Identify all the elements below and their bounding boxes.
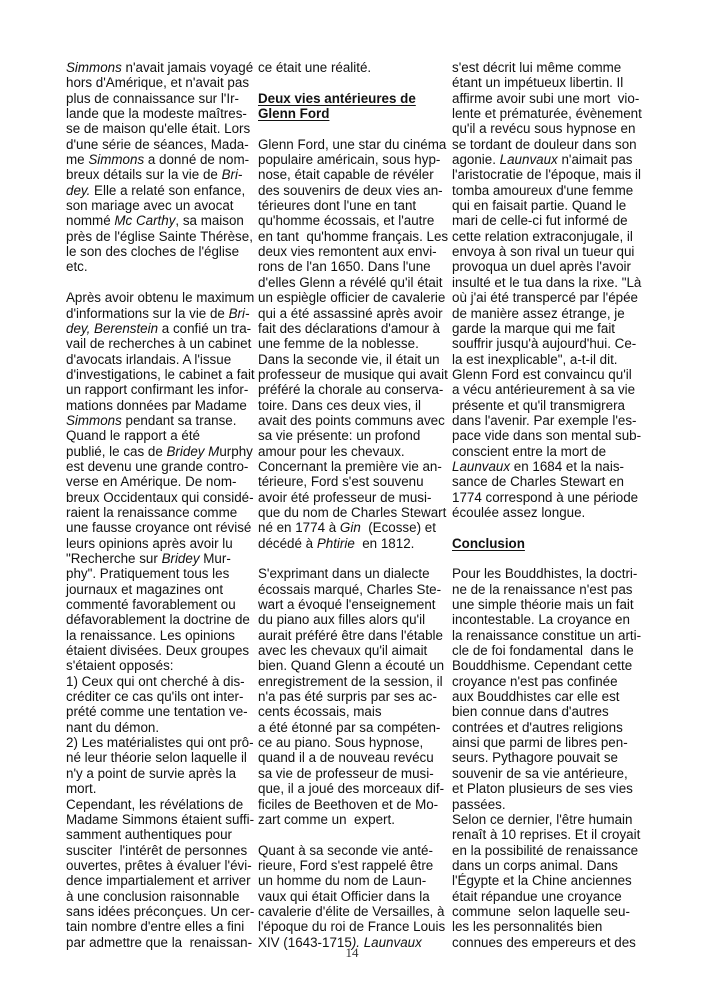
text-line: Après avoir obtenu le maximum — [66, 290, 256, 305]
text-segment: un homme du nom de Laun- — [258, 873, 426, 888]
paragraph-gap — [258, 551, 448, 566]
text-segment: leurs opinions après avoir lu — [66, 536, 233, 551]
text-segment: mort. — [66, 781, 97, 796]
text-line: ne de la renaissance n'est pas — [452, 582, 652, 597]
text-line: en tant qu'homme français. Les — [258, 229, 448, 244]
text-segment: à une conclusion raisonnable — [66, 889, 239, 904]
italic-text: Simmons — [88, 152, 144, 167]
text-segment: phy". Pratiquement tous les — [66, 566, 229, 581]
text-segment: journaux et magazines ont — [66, 582, 223, 597]
text-line: conscient entre la mort de — [452, 444, 652, 459]
text-segment: avoir été professeur de musi- — [258, 490, 431, 505]
text-segment: que, il a joué des morceaux dif- — [258, 781, 444, 796]
text-line: Dans la seconde vie, il était un — [258, 352, 448, 367]
text-line: cents écossais, mais — [258, 704, 448, 719]
text-line: Bouddhisme. Cependant cette — [452, 658, 652, 673]
text-segment: une simple théorie mais un fait — [452, 597, 634, 612]
text-line: Pour les Bouddhistes, la doctri- — [452, 566, 652, 581]
text-segment: 2) Les matérialistes qui ont prô- — [66, 735, 254, 750]
text-segment: du piano aux filles alors qu'il — [258, 612, 425, 627]
text-line: nose, était capable de révéler — [258, 167, 448, 182]
text-segment: le son des cloches de l'église — [66, 244, 239, 259]
text-line: sa vie de professeur de musi- — [258, 766, 448, 781]
text-segment: ouvertes, prêtes à évaluer l'évi- — [66, 858, 252, 873]
text-line: Quand le rapport a été — [66, 428, 256, 443]
text-line: breux détails sur la vie de Bri- — [66, 167, 256, 182]
text-segment: Deux vies antérieures de — [258, 91, 416, 106]
text-line: s'étaient opposés: — [66, 658, 256, 673]
text-segment: en la possibilité de renaissance — [452, 843, 638, 858]
italic-text: Bridey M — [167, 444, 220, 459]
text-segment: samment authentiques pour — [66, 827, 232, 842]
text-segment: l'époque du roi de France Louis — [258, 919, 445, 934]
text-line: créditer ce cas qu'ils ont inter- — [66, 689, 256, 704]
text-segment: n'aimait pas — [558, 152, 633, 167]
text-line: écossais marqué, Charles Ste- — [258, 582, 448, 597]
text-segment: 1774 correspond à une période — [452, 490, 638, 505]
text-segment: Quant à sa seconde vie anté- — [258, 843, 433, 858]
text-line: avec les chevaux qu'il aimait — [258, 643, 448, 658]
text-segment: cette relation extraconjugale, il — [452, 229, 633, 244]
text-line: Selon ce dernier, l'être humain — [452, 812, 652, 827]
italic-text: Launvaux — [452, 459, 510, 474]
text-line: d'investigations, le cabinet a fait — [66, 367, 256, 382]
text-line: que du nom de Charles Stewart — [258, 505, 448, 520]
text-segment: a vécu antérieurement à sa vie — [452, 382, 635, 397]
text-segment: un rapport confirmant les infor- — [66, 382, 248, 397]
text-segment: populaire américain, sous hyp- — [258, 152, 440, 167]
text-segment: professeur de musique qui avait — [258, 367, 448, 382]
text-line: écoulée assez longue. — [452, 505, 652, 520]
text-line: rieure, Ford s'est rappelé être — [258, 858, 448, 873]
italic-text: dey. — [66, 183, 90, 198]
text-segment: écossais marqué, Charles Ste- — [258, 582, 441, 597]
text-segment: (Ecosse) et — [361, 520, 436, 535]
text-line: garde la marque qui me fait — [452, 321, 652, 336]
text-segment: d'informations sur la vie de — [66, 306, 229, 321]
text-line: lente et prématurée, évènement — [452, 106, 652, 121]
text-segment: 1) Ceux qui ont cherché à dis- — [66, 674, 245, 689]
text-segment: vaux qui était Officier dans la — [258, 889, 430, 904]
paragraph-gap — [258, 827, 448, 842]
paragraph-gap — [452, 551, 652, 566]
section-heading: Deux vies antérieures de — [258, 91, 448, 106]
text-line: verse en Amérique. De nom- — [66, 474, 256, 489]
text-segment: commenté favorablement ou — [66, 597, 236, 612]
text-segment: avait des points communs avec — [258, 413, 445, 428]
document-page: Simmons n'avait jamais voyagéhors d'Amér… — [0, 0, 704, 992]
text-segment: de manière assez étrange, je — [452, 306, 625, 321]
paragraph-gap — [258, 121, 448, 136]
text-line: aurait préféré être dans l'étable — [258, 628, 448, 643]
text-segment: était répandue une croyance — [452, 889, 622, 904]
text-line: dans l'avenir. Par exemple l'es- — [452, 413, 652, 428]
text-segment: Glenn Ford, une star du cinéma — [258, 137, 446, 152]
text-line: amour pour les chevaux. — [258, 444, 448, 459]
text-segment: les les personnalités bien — [452, 919, 602, 934]
text-line: du piano aux filles alors qu'il — [258, 612, 448, 627]
text-line: a vécu antérieurement à sa vie — [452, 382, 652, 397]
text-segment: quand il a de nouveau revécu — [258, 750, 434, 765]
text-segment: tomba amoureux d'une femme — [452, 183, 633, 198]
text-segment: contrées et d'autres religions — [452, 720, 623, 735]
text-line: souffrir jusqu'à aujourd'hui. Ce- — [452, 336, 652, 351]
text-segment: qu'homme écossais, et l'autre — [258, 213, 434, 228]
text-segment: prété comme une tentation ve- — [66, 704, 248, 719]
text-segment: incontestable. La croyance en — [452, 612, 630, 627]
text-line: 1774 correspond à une période — [452, 490, 652, 505]
text-segment: écoulée assez longue. — [452, 505, 585, 520]
text-segment: Après avoir obtenu le maximum — [66, 290, 254, 305]
text-line: ficiles de Beethoven et de Mo- — [258, 797, 448, 812]
text-segment: bien connue dans d'autres — [452, 704, 609, 719]
section-heading: Conclusion — [452, 536, 652, 551]
text-line: tomba amoureux d'une femme — [452, 183, 652, 198]
italic-text: Bri- — [222, 167, 243, 182]
text-segment: Bouddhisme. Cependant cette — [452, 658, 632, 673]
text-line: susciter l'intérêt de personnes — [66, 843, 256, 858]
text-segment: qu'il a revécu sous hypnose en — [452, 121, 635, 136]
text-line: contrées et d'autres religions — [452, 720, 652, 735]
text-segment: susciter l'intérêt de personnes — [66, 843, 247, 858]
text-line: seurs. Pythagore pouvait se — [452, 750, 652, 765]
text-line: n'y a point de survie après la — [66, 766, 256, 781]
text-segment: étaient divisées. Deux groupes — [66, 643, 249, 658]
text-line: passées. — [452, 797, 652, 812]
text-segment: d'une série de séances, Mada- — [66, 137, 249, 152]
text-segment: deux vies remontent aux envi- — [258, 244, 437, 259]
text-line: breux Occidentaux qui considé- — [66, 490, 256, 505]
text-segment: croyance n'est pas confinée — [452, 674, 618, 689]
text-line: qui en faisait partie. Quand le — [452, 198, 652, 213]
text-segment: n'avait jamais voyagé — [122, 60, 253, 75]
text-segment: dence impartialement et arriver — [66, 873, 251, 888]
text-line: deux vies remontent aux envi- — [258, 244, 448, 259]
text-segment: Glenn Ford est convaincu qu'il — [452, 367, 632, 382]
text-segment: Selon ce dernier, l'être humain — [452, 812, 632, 827]
text-segment: qui en faisait partie. Quand le — [452, 198, 626, 213]
text-segment: pendant sa transe. — [122, 413, 237, 428]
text-segment: Pour les Bouddhistes, la doctri- — [452, 566, 637, 581]
text-line: son mariage avec un avocat — [66, 198, 256, 213]
text-line: Madame Simmons étaient suffi- — [66, 812, 256, 827]
text-line: bien connue dans d'autres — [452, 704, 652, 719]
text-segment: garde la marque qui me fait — [452, 321, 615, 336]
text-line: des souvenirs de deux vies an- — [258, 183, 448, 198]
text-line: enregistrement de la session, il — [258, 674, 448, 689]
text-segment: sans idées préconçues. Un cer- — [66, 904, 254, 919]
text-line: une femme de la noblesse. — [258, 336, 448, 351]
text-segment: que du nom de Charles Stewart — [258, 505, 446, 520]
italic-text: Mc Carthy — [114, 213, 175, 228]
paragraph-gap — [258, 75, 448, 90]
text-segment: commune selon laquelle seu- — [452, 904, 630, 919]
text-line: un homme du nom de Laun- — [258, 873, 448, 888]
text-line: un rapport confirmant les infor- — [66, 382, 256, 397]
text-segment: etc. — [66, 259, 88, 274]
text-line: envoya à son rival un tueur qui — [452, 244, 652, 259]
text-line: phy". Pratiquement tous les — [66, 566, 256, 581]
text-segment: passées. — [452, 797, 506, 812]
text-segment: s'étaient opposés: — [66, 658, 174, 673]
text-line: pace vide dans son mental sub- — [452, 428, 652, 443]
text-line: plus de connaissance sur l'Ir- — [66, 91, 256, 106]
text-line: défavorablement la doctrine de — [66, 612, 256, 627]
text-line: né leur théorie selon laquelle il — [66, 750, 256, 765]
text-segment: wart a évoqué l'enseignement — [258, 597, 436, 612]
text-segment: lente et prématurée, évènement — [452, 106, 642, 121]
text-line: sans idées préconçues. Un cer- — [66, 904, 256, 919]
italic-text: Gin — [340, 520, 361, 535]
text-segment: en 1812. — [355, 536, 415, 551]
text-line: cle de foi fondamental dans le — [452, 643, 652, 658]
text-segment: Conclusion — [452, 536, 525, 551]
text-line: toire. Dans ces deux vies, il — [258, 398, 448, 413]
text-line: se tordant de douleur dans son — [452, 137, 652, 152]
text-segment: ce au piano. Sous hypnose, — [258, 735, 423, 750]
text-segment: cle de foi fondamental dans le — [452, 643, 634, 658]
page-number: 14 — [0, 945, 704, 961]
paragraph-gap — [452, 520, 652, 535]
text-segment: une femme de la noblesse. — [258, 336, 419, 351]
text-line: la renaissance. Les opinions — [66, 628, 256, 643]
text-line: commune selon laquelle seu- — [452, 904, 652, 919]
text-segment: S'exprimant dans un dialecte — [258, 566, 430, 581]
text-line: Simmons n'avait jamais voyagé — [66, 60, 256, 75]
text-line: journaux et magazines ont — [66, 582, 256, 597]
text-segment: a été étonné par sa compéten- — [258, 720, 440, 735]
text-segment: breux Occidentaux qui considé- — [66, 490, 254, 505]
text-line: cavalerie d'élite de Versailles, à — [258, 904, 448, 919]
text-segment: "Recherche sur — [66, 551, 162, 566]
text-line: dey. Elle a relaté son enfance, — [66, 183, 256, 198]
text-line: aux Bouddhistes car elle est — [452, 689, 652, 704]
text-line: souvenir de sa vie antérieure, — [452, 766, 652, 781]
text-segment: l'Égypte et la Chine anciennes — [452, 873, 632, 888]
text-line: mations données par Madame — [66, 398, 256, 413]
text-segment: zart comme un expert. — [258, 812, 395, 827]
text-segment: Mur- — [200, 551, 231, 566]
italic-text: Bridey — [162, 551, 200, 566]
text-segment: verse en Amérique. De nom- — [66, 474, 236, 489]
text-segment: Concernant la première vie an- — [258, 459, 442, 474]
text-line: zart comme un expert. — [258, 812, 448, 827]
text-line: se de maison qu'elle était. Lors — [66, 121, 256, 136]
text-segment: lande que la modeste maîtres- — [66, 106, 247, 121]
text-line: l'aristocratie de l'époque, mais il — [452, 167, 652, 182]
text-line: Simmons pendant sa transe. — [66, 413, 256, 428]
text-segment: mari de celle-ci fut informé de — [452, 213, 628, 228]
text-segment: Dans la seconde vie, il était un — [258, 352, 440, 367]
text-line: fait des déclarations d'amour à — [258, 321, 448, 336]
text-segment: n'y a point de survie après la — [66, 766, 236, 781]
text-line: où j'ai été transpercé par l'épée — [452, 290, 652, 305]
text-segment: Quand le rapport a été — [66, 428, 200, 443]
text-line: en la possibilité de renaissance — [452, 843, 652, 858]
text-segment: où j'ai été transpercé par l'épée — [452, 290, 638, 305]
text-line: né en 1774 à Gin (Ecosse) et — [258, 520, 448, 535]
text-line: affirme avoir subi une mort vio- — [452, 91, 652, 106]
text-segment: n'a pas été surpris par ses ac- — [258, 689, 437, 704]
text-segment: sance de Charles Stewart en — [452, 474, 624, 489]
text-segment: térieures dont l'une en tant — [258, 198, 416, 213]
text-line: Cependant, les révélations de — [66, 797, 256, 812]
text-line: professeur de musique qui avait — [258, 367, 448, 382]
text-segment: la renaissance constitue un arti- — [452, 628, 641, 643]
text-line: qu'homme écossais, et l'autre — [258, 213, 448, 228]
text-segment: en tant qu'homme français. Les — [258, 229, 448, 244]
text-line: etc. — [66, 259, 256, 274]
text-segment: d'investigations, le cabinet a fait — [66, 367, 255, 382]
text-line: préféré la chorale au conserva- — [258, 382, 448, 397]
text-line: mari de celle-ci fut informé de — [452, 213, 652, 228]
text-line: tain nombre d'entre elles a fini — [66, 919, 256, 934]
text-segment: Glenn Ford — [258, 106, 329, 121]
text-segment: insulté et le tua dans la rixe. "Là — [452, 275, 641, 290]
text-line: cette relation extraconjugale, il — [452, 229, 652, 244]
text-line: vaux qui était Officier dans la — [258, 889, 448, 904]
text-line: "Recherche sur Bridey Mur- — [66, 551, 256, 566]
text-line: à une conclusion raisonnable — [66, 889, 256, 904]
text-segment: rieure, Ford s'est rappelé être — [258, 858, 433, 873]
text-segment: souvenir de sa vie antérieure, — [452, 766, 628, 781]
text-line: un espiègle officier de cavalerie — [258, 290, 448, 305]
text-segment: Madame Simmons étaient suffi- — [66, 812, 254, 827]
text-segment: un espiègle officier de cavalerie — [258, 290, 445, 305]
text-segment: aux Bouddhistes car elle est — [452, 689, 619, 704]
text-segment: sa vie de professeur de musi- — [258, 766, 434, 781]
text-line: térieure, Ford s'est souvenu — [258, 474, 448, 489]
text-segment: urphy — [219, 444, 253, 459]
text-segment: envoya à son rival un tueur qui — [452, 244, 634, 259]
text-segment: la est inexplicable", a-t-il dit. — [452, 352, 618, 367]
text-line: ce était une réalité. — [258, 60, 448, 75]
text-line: agonie. Launvaux n'aimait pas — [452, 152, 652, 167]
text-line: nommé Mc Carthy, sa maison — [66, 213, 256, 228]
text-line: vail de recherches à un cabinet — [66, 336, 256, 351]
text-segment: son mariage avec un avocat — [66, 198, 233, 213]
text-segment: dans l'avenir. Par exemple l'es- — [452, 413, 637, 428]
text-segment: plus de connaissance sur l'Ir- — [66, 91, 239, 106]
text-line: présente et qu'il transmigrera — [452, 398, 652, 413]
text-segment: provoqua un duel après l'avoir — [452, 259, 631, 274]
text-line: Concernant la première vie an- — [258, 459, 448, 474]
text-line: Glenn Ford est convaincu qu'il — [452, 367, 652, 382]
text-line: s'est décrit lui même comme — [452, 60, 652, 75]
text-line: dey, Berenstein a confié un tra- — [66, 321, 256, 336]
text-line: hors d'Amérique, et n'avait pas — [66, 75, 256, 90]
text-line: la est inexplicable", a-t-il dit. — [452, 352, 652, 367]
text-segment: Elle a relaté son enfance, — [90, 183, 245, 198]
text-segment: né leur théorie selon laquelle il — [66, 750, 247, 765]
text-line: rons de l'an 1650. Dans l'une — [258, 259, 448, 274]
text-line: la renaissance constitue un arti- — [452, 628, 652, 643]
text-segment: cents écossais, mais — [258, 704, 382, 719]
text-segment: toire. Dans ces deux vies, il — [258, 398, 421, 413]
text-line: publié, le cas de Bridey Murphy — [66, 444, 256, 459]
text-segment: créditer ce cas qu'ils ont inter- — [66, 689, 243, 704]
text-line: qui a été assassiné après avoir — [258, 306, 448, 321]
italic-text: Launvaux — [500, 152, 558, 167]
text-line: 1) Ceux qui ont cherché à dis- — [66, 674, 256, 689]
text-line: les les personnalités bien — [452, 919, 652, 934]
text-line: a été étonné par sa compéten- — [258, 720, 448, 735]
text-segment: nose, était capable de révéler — [258, 167, 434, 182]
text-segment: décédé à — [258, 536, 317, 551]
text-segment: près de l'église Sainte Thérèse, — [66, 229, 253, 244]
text-segment: se de maison qu'elle était. Lors — [66, 121, 250, 136]
text-column-2: ce était une réalité.Deux vies antérieur… — [258, 60, 448, 950]
text-segment: qui a été assassiné après avoir — [258, 306, 443, 321]
text-segment: des souvenirs de deux vies an- — [258, 183, 443, 198]
text-line: l'Égypte et la Chine anciennes — [452, 873, 652, 888]
text-line: l'époque du roi de France Louis — [258, 919, 448, 934]
text-line: étant un impétueux libertin. Il — [452, 75, 652, 90]
text-line: ce au piano. Sous hypnose, — [258, 735, 448, 750]
text-segment: ne de la renaissance n'est pas — [452, 582, 632, 597]
text-line: est devenu une grande contro- — [66, 459, 256, 474]
text-line: d'avocats irlandais. A l'issue — [66, 352, 256, 367]
text-line: d'une série de séances, Mada- — [66, 137, 256, 152]
text-line: renaît à 10 reprises. Et il croyait — [452, 827, 652, 842]
text-segment: publié, le cas de — [66, 444, 167, 459]
text-line: et Platon plusieurs de ses vies — [452, 781, 652, 796]
text-segment: en 1684 et la nais- — [510, 459, 624, 474]
text-segment: préféré la chorale au conserva- — [258, 382, 443, 397]
italic-text: Bri- — [229, 306, 250, 321]
text-line: près de l'église Sainte Thérèse, — [66, 229, 256, 244]
text-line: populaire américain, sous hyp- — [258, 152, 448, 167]
text-line: insulté et le tua dans la rixe. "Là — [452, 275, 652, 290]
text-line: me Simmons a donné de nom- — [66, 152, 256, 167]
text-line: qu'il a revécu sous hypnose en — [452, 121, 652, 136]
text-segment: nant du démon. — [66, 720, 159, 735]
text-segment: Cependant, les révélations de — [66, 797, 243, 812]
text-line: d'informations sur la vie de Bri- — [66, 306, 256, 321]
italic-text: Simmons — [66, 413, 122, 428]
text-segment: amour pour les chevaux. — [258, 444, 405, 459]
text-line: ouvertes, prêtes à évaluer l'évi- — [66, 858, 256, 873]
text-line: sa vie présente: un profond — [258, 428, 448, 443]
text-segment: sa vie présente: un profond — [258, 428, 420, 443]
text-line: térieures dont l'une en tant — [258, 198, 448, 213]
text-line: Glenn Ford, une star du cinéma — [258, 137, 448, 152]
text-line: ainsi que parmi de libres pen- — [452, 735, 652, 750]
text-segment: enregistrement de la session, il — [258, 674, 443, 689]
text-segment: né en 1774 à — [258, 520, 340, 535]
text-line: commenté favorablement ou — [66, 597, 256, 612]
section-heading: Glenn Ford — [258, 106, 448, 121]
text-segment: a donné de nom- — [144, 152, 249, 167]
text-segment: térieure, Ford s'est souvenu — [258, 474, 424, 489]
text-line: était répandue une croyance — [452, 889, 652, 904]
text-line: Quant à sa seconde vie anté- — [258, 843, 448, 858]
text-segment: d'elles Glenn a révélé qu'il était — [258, 275, 443, 290]
paragraph-gap — [66, 275, 256, 290]
text-segment: avec les chevaux qu'il aimait — [258, 643, 427, 658]
text-line: que, il a joué des morceaux dif- — [258, 781, 448, 796]
text-line: quand il a de nouveau revécu — [258, 750, 448, 765]
text-segment: nommé — [66, 213, 114, 228]
text-line: Launvaux en 1684 et la nais- — [452, 459, 652, 474]
text-segment: d'avocats irlandais. A l'issue — [66, 352, 231, 367]
text-segment: mations données par Madame — [66, 398, 247, 413]
text-segment: la renaissance. Les opinions — [66, 628, 235, 643]
text-line: sance de Charles Stewart en — [452, 474, 652, 489]
text-segment: l'aristocratie de l'époque, mais il — [452, 167, 641, 182]
text-line: samment authentiques pour — [66, 827, 256, 842]
text-line: dans un corps animal. Dans — [452, 858, 652, 873]
